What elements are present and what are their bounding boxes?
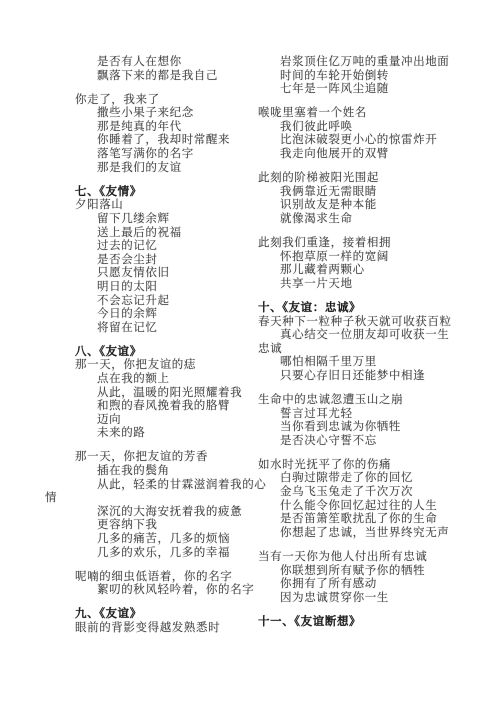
poem-line: 我们彼此呼唤	[228, 121, 488, 135]
stanza: 你走了，我来了撒些小果子来纪念那是纯真的年代你睡着了，我却时常醒来落笔写满你的名…	[45, 94, 255, 176]
poem-line: 是否决心守誓不忘	[228, 435, 488, 449]
stanza: 七、《友情》夕阳落山留下几缕余辉送上最后的祝福过去的记忆是否会尘封只愿友情依旧明…	[45, 186, 255, 336]
document-page: 是否有人在想你飘落下来的都是我自己你走了，我来了撒些小果子来纪念那是纯真的年代你…	[0, 0, 500, 708]
poem-line: 七年是一阵风尘追随	[228, 83, 488, 97]
poem-line: 春天种下一粒种子秋天就可收获百粒	[228, 316, 488, 330]
poem-line: 将留在记忆	[45, 322, 255, 336]
poem-line: 金乌飞玉兔走了千次万次	[228, 486, 488, 500]
poem-line: 深沉的大海安抚着我的疲惫	[45, 506, 255, 520]
poem-line: 插在我的鬓角	[45, 465, 255, 479]
poem-line: 白驹过隙带走了你的回忆	[228, 472, 488, 486]
poem-line: 未来的路	[45, 427, 255, 441]
poem-section-title: 八、《友谊》	[45, 346, 255, 360]
poem-line: 情	[45, 492, 255, 506]
stanza: 岩浆顶住亿万吨的重量冲出地面时间的车轮开始倒转七年是一阵风尘追随	[228, 56, 488, 97]
poem-line: 识别故友是种本能	[228, 199, 488, 213]
poem-line: 和煦的春风挽着我的胳臂	[45, 400, 255, 414]
poem-line: 此刻我们重逢，接着相拥	[228, 237, 488, 251]
poem-column-left: 是否有人在想你飘落下来的都是我自己你走了，我来了撒些小果子来纪念那是纯真的年代你…	[45, 56, 255, 646]
stanza: 是否有人在想你飘落下来的都是我自己	[45, 56, 255, 83]
poem-section-title: 九、《友谊》	[45, 608, 255, 622]
poem-line: 眼前的背影变得越发熟悉时	[45, 622, 255, 636]
stanza: 此刻的阶梯被阳光围起我俩靠近无需眼睛识别故友是种本能就像渴求生命	[228, 172, 488, 226]
poem-line: 忠诚	[228, 343, 488, 357]
poem-line: 那是我们的友谊	[45, 162, 255, 176]
poem-line: 夕阳落山	[45, 199, 255, 213]
poem-line: 迈向	[45, 414, 255, 428]
poem-line: 几多的痛苦，几多的烦恼	[45, 533, 255, 547]
poem-line: 时间的车轮开始倒转	[228, 70, 488, 84]
stanza: 喉咙里塞着一个姓名我们彼此呼唤比泡沫破裂更小心的惊雷炸开我走向他展开的双臂	[228, 107, 488, 161]
poem-line: 我走向他展开的双臂	[228, 148, 488, 162]
poem-line: 比泡沫破裂更小心的惊雷炸开	[228, 134, 488, 148]
poem-line: 因为忠诚贯穿你一生	[228, 592, 488, 606]
stanza: 呢喃的细虫低语着，你的名字絮叨的秋风轻吟着，你的名字	[45, 571, 255, 598]
poem-line: 那儿藏着两颗心	[228, 264, 488, 278]
poem-line: 是否有人在想你	[45, 56, 255, 70]
poem-line: 明日的太阳	[45, 281, 255, 295]
poem-line: 只要心存旧日还能梦中相逢	[228, 370, 488, 384]
poem-line: 真心结交一位朋友却可收获一生	[228, 329, 488, 343]
poem-line: 留下几缕余辉	[45, 213, 255, 227]
poem-line: 落笔写满你的名字	[45, 148, 255, 162]
poem-line: 怀抱草原一样的宽阔	[228, 251, 488, 265]
poem-line: 什么能令你回忆起过往的人生	[228, 500, 488, 514]
poem-line: 生命中的忠诚忽遭玉山之崩	[228, 394, 488, 408]
poem-line: 当有一天你为他人付出所有忠诚	[228, 551, 488, 565]
poem-line: 从此，轻柔的甘霖滋润着我的心	[45, 479, 255, 493]
stanza: 当有一天你为他人付出所有忠诚你联想到所有赋予你的牺牲你拥有了所有感动因为忠诚贯穿…	[228, 551, 488, 605]
poem-section-title: 十、《友谊：忠诚》	[228, 302, 488, 316]
poem-line: 就像渴求生命	[228, 213, 488, 227]
stanza: 生命中的忠诚忽遭玉山之崩誓言过耳尤轻当你看到忠诚为你牺牲是否决心守誓不忘	[228, 394, 488, 448]
poem-column-right: 岩浆顶住亿万吨的重量冲出地面时间的车轮开始倒转七年是一阵风尘追随喉咙里塞着一个姓…	[228, 56, 488, 640]
poem-line: 你想起了忠诚，当世界终究无声	[228, 527, 488, 541]
poem-line: 岩浆顶住亿万吨的重量冲出地面	[228, 56, 488, 70]
poem-line: 哪怕相隔千里万里	[228, 356, 488, 370]
poem-line: 是否笛箫笙歌扰乱了你的生命	[228, 513, 488, 527]
poem-line: 那一天，你把友谊的痣	[45, 359, 255, 373]
poem-line: 你睡着了，我却时常醒来	[45, 134, 255, 148]
poem-line: 不会忘记升起	[45, 295, 255, 309]
stanza: 那一天，你把友谊的芳香插在我的鬓角从此，轻柔的甘霖滋润着我的心情深沉的大海安抚着…	[45, 451, 255, 560]
poem-line: 那是纯真的年代	[45, 121, 255, 135]
poem-line: 是否会尘封	[45, 254, 255, 268]
poem-line: 誓言过耳尤轻	[228, 408, 488, 422]
stanza: 九、《友谊》眼前的背影变得越发熟悉时	[45, 608, 255, 635]
poem-line: 那一天，你把友谊的芳香	[45, 451, 255, 465]
poem-line: 更容纳下我	[45, 519, 255, 533]
poem-line: 今日的余辉	[45, 308, 255, 322]
poem-section-title: 七、《友情》	[45, 186, 255, 200]
stanza: 如水时光抚平了你的伤痛白驹过隙带走了你的回忆金乌飞玉兔走了千次万次什么能令你回忆…	[228, 459, 488, 541]
poem-line: 过去的记忆	[45, 240, 255, 254]
poem-line: 你走了，我来了	[45, 94, 255, 108]
poem-line: 撒些小果子来纪念	[45, 107, 255, 121]
poem-line: 只愿友情依旧	[45, 267, 255, 281]
poem-line: 你拥有了所有感动	[228, 578, 488, 592]
stanza: 十一、《友谊断想》	[228, 616, 488, 630]
poem-line: 几多的欢乐，几多的幸福	[45, 547, 255, 561]
poem-line: 你联想到所有赋予你的牺牲	[228, 565, 488, 579]
poem-line: 共享一片天地	[228, 278, 488, 292]
poem-line: 飘落下来的都是我自己	[45, 70, 255, 84]
stanza: 八、《友谊》那一天，你把友谊的痣点在我的额上从此，温暖的阳光照耀着我和煦的春风挽…	[45, 346, 255, 441]
poem-line: 呢喃的细虫低语着，你的名字	[45, 571, 255, 585]
poem-line: 如水时光抚平了你的伤痛	[228, 459, 488, 473]
poem-line: 送上最后的祝福	[45, 227, 255, 241]
poem-section-title: 十一、《友谊断想》	[228, 616, 488, 630]
poem-line: 我俩靠近无需眼睛	[228, 186, 488, 200]
poem-line: 从此，温暖的阳光照耀着我	[45, 387, 255, 401]
stanza: 此刻我们重逢，接着相拥怀抱草原一样的宽阔那儿藏着两颗心共享一片天地	[228, 237, 488, 291]
stanza: 十、《友谊：忠诚》春天种下一粒种子秋天就可收获百粒真心结交一位朋友却可收获一生忠…	[228, 302, 488, 384]
poem-line: 点在我的额上	[45, 373, 255, 387]
poem-line: 当你看到忠诚为你牺牲	[228, 421, 488, 435]
poem-line: 喉咙里塞着一个姓名	[228, 107, 488, 121]
poem-line: 此刻的阶梯被阳光围起	[228, 172, 488, 186]
poem-line: 絮叨的秋风轻吟着，你的名字	[45, 584, 255, 598]
